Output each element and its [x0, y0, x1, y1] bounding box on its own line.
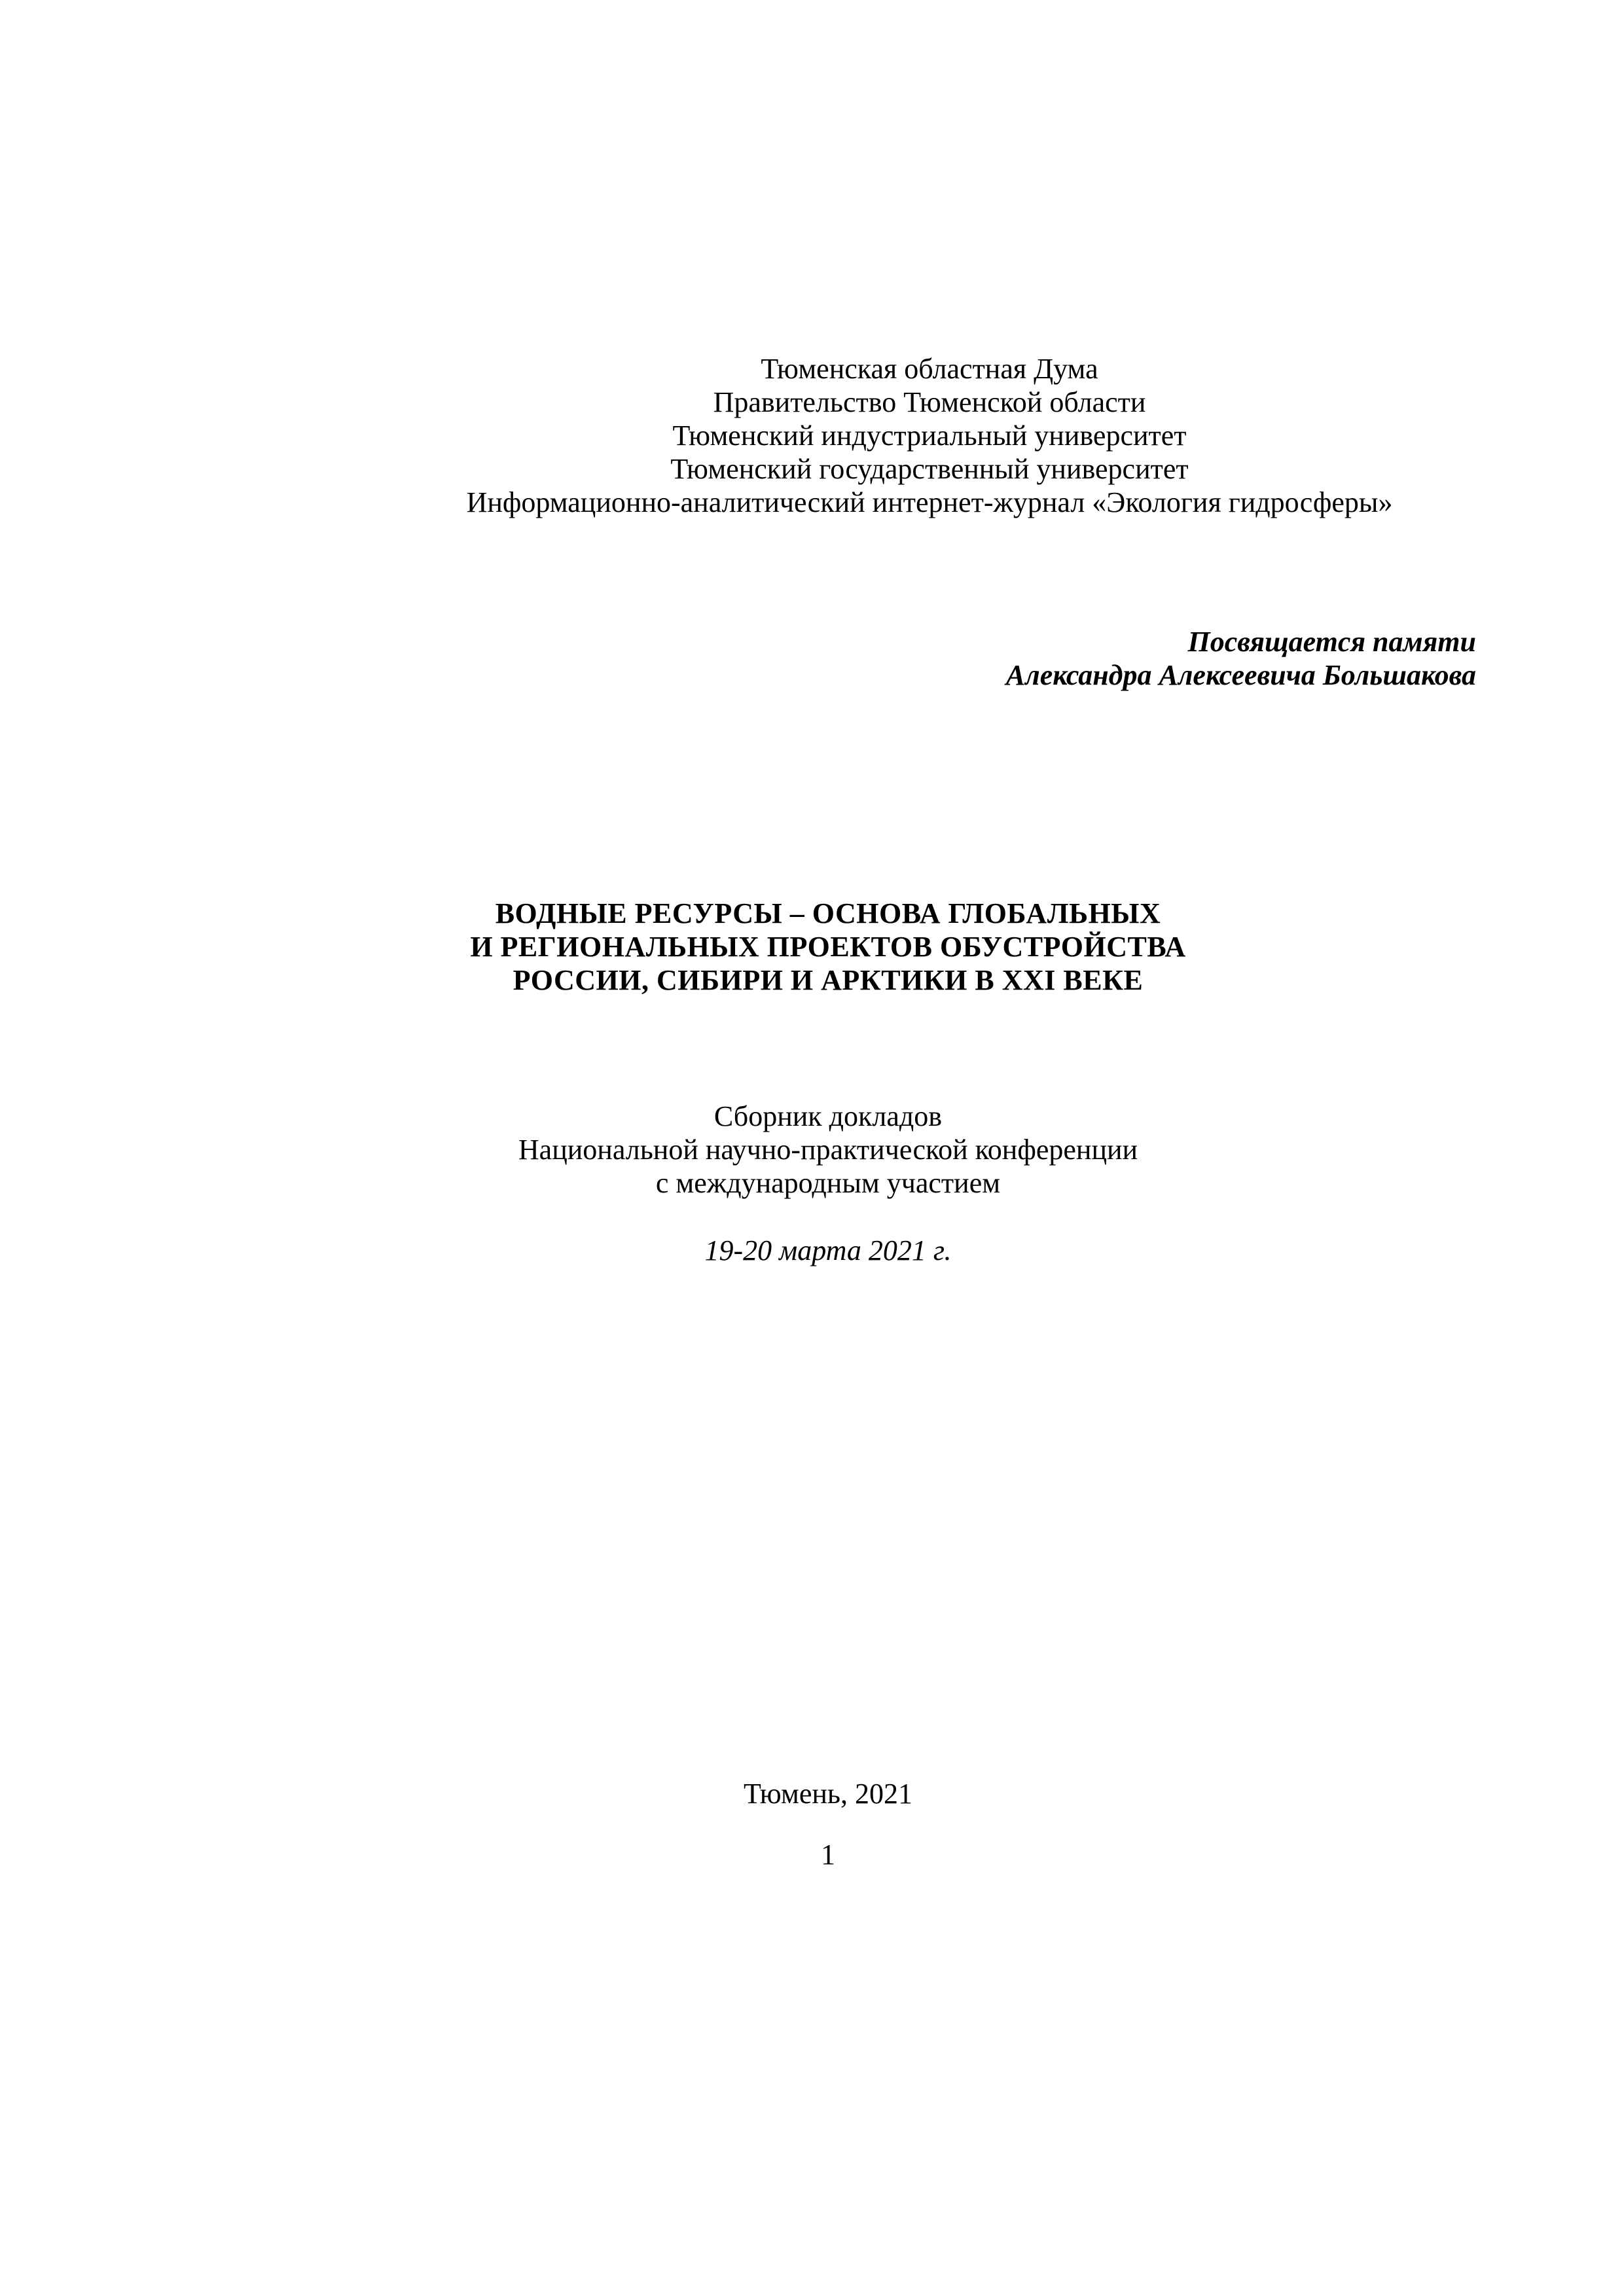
organizer-line: Тюменский индустриальный университет [190, 419, 1624, 452]
subtitle-line: Национальной научно-практической конфере… [88, 1133, 1568, 1166]
dedication: Посвящается памяти Александра Алексеевич… [0, 625, 1476, 692]
place-year: Тюмень, 2021 [88, 1777, 1568, 1810]
organizers-list: Тюменская областная Дума Правительство Т… [190, 352, 1624, 519]
subtitle-line: Сборник докладов [88, 1100, 1568, 1133]
dedication-line: Посвящается памяти [0, 625, 1476, 658]
place-year-text: Тюмень, 2021 [88, 1777, 1568, 1810]
page-number: 1 [88, 1838, 1568, 1871]
organizer-line: Правительство Тюменской области [190, 386, 1624, 419]
organizer-line: Тюменская областная Дума [190, 352, 1624, 386]
document-subtitle: Сборник докладов Национальной научно-пра… [88, 1100, 1568, 1200]
page-number-text: 1 [88, 1838, 1568, 1871]
dedication-line: Александра Алексеевича Большакова [0, 658, 1476, 692]
conference-date: 19-20 марта 2021 г. [88, 1234, 1568, 1267]
subtitle-line: с международным участием [88, 1166, 1568, 1200]
title-line: ВОДНЫЕ РЕСУРСЫ – ОСНОВА ГЛОБАЛЬНЫХ [88, 897, 1568, 930]
title-line: РОССИИ, СИБИРИ И АРКТИКИ В XXI ВЕКЕ [88, 963, 1568, 997]
organizer-line: Информационно-аналитический интернет-жур… [190, 486, 1624, 519]
document-title: ВОДНЫЕ РЕСУРСЫ – ОСНОВА ГЛОБАЛЬНЫХ И РЕГ… [88, 897, 1568, 997]
organizer-line: Тюменский государственный университет [190, 452, 1624, 486]
date-text: 19-20 марта 2021 г. [88, 1234, 1568, 1267]
title-line: И РЕГИОНАЛЬНЫХ ПРОЕКТОВ ОБУСТРОЙСТВА [88, 930, 1568, 963]
